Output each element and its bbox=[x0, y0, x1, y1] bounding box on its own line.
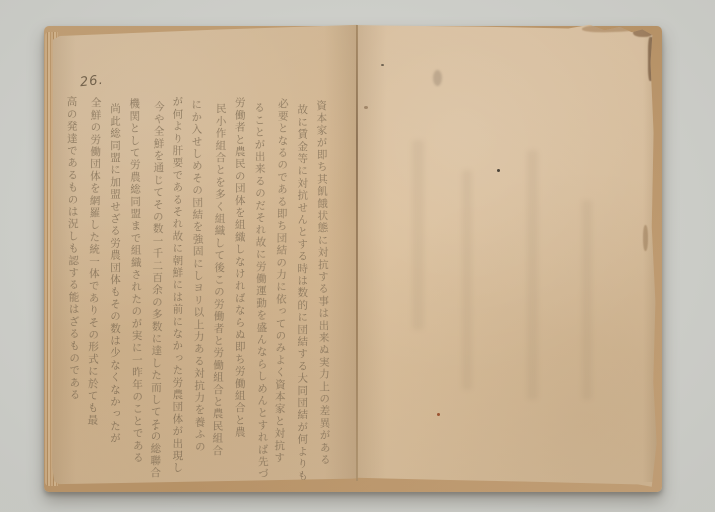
paper-speck bbox=[154, 428, 156, 430]
right-fold-shading bbox=[357, 20, 387, 490]
page-number: 26. bbox=[79, 73, 104, 90]
ink-show-through bbox=[527, 150, 538, 400]
ink-show-through bbox=[412, 140, 424, 330]
handwritten-column-7: にか入せしめその団結を強固にしヨリ以上力ある対抗力を養ふの bbox=[187, 99, 208, 453]
dark-speck bbox=[381, 64, 384, 66]
handwritten-column-4: ることが出来るのだそれ故に労働運動を盛んならしめんとすれば先づ bbox=[250, 102, 271, 480]
handwritten-column-6: 民小作組合とを多く組織して後この労働者と労働組合と農民組合 bbox=[208, 103, 229, 457]
handwritten-column-13: 高の発達であるものは況しも認する能はざるものである bbox=[63, 96, 83, 401]
edge-wear bbox=[643, 225, 648, 251]
handwritten-column-3: 必要となるのである即ち団結の力に依ってのみよく資本家と対抗す bbox=[270, 98, 291, 464]
brown-speck bbox=[364, 106, 368, 109]
handwritten-column-9: 今や全鮮を通じてその数一千二百余の多数に達した而してその総聯合 bbox=[146, 101, 167, 479]
handwritten-column-12: 全鮮の労働団体を網羅した統一体でありその形式に於ても最 bbox=[83, 97, 103, 427]
ink-show-through bbox=[462, 170, 472, 390]
pencil-smudge bbox=[433, 70, 442, 86]
left-page: 26. 資本家が即ち其飢餓状態に対抗する事は出来ぬ実力上の差異がある故に賃金等に… bbox=[50, 24, 358, 486]
photo-of-open-manuscript: 26. 資本家が即ち其飢餓状態に対抗する事は出来ぬ実力上の差異がある故に賃金等に… bbox=[0, 0, 715, 512]
handwritten-column-10: 機関として労農総同盟まで組織されたのが実に一昨年のことである bbox=[125, 98, 146, 464]
handwritten-column-2: 故に賃金等に対抗せんとする時は数的に団結する大同団結が何よりも bbox=[293, 104, 310, 482]
book-gutter-fold bbox=[356, 25, 358, 481]
handwritten-column-11: 尚此総同盟に加盟せざる労農団体もその数は少なくなかったが bbox=[106, 103, 123, 445]
handwritten-column-8: が何より肝要であるそれ故に朝鮮には前になかった労農団体が出現し bbox=[168, 96, 185, 474]
handwritten-column-5: 労働者と農民の団体を組織しなければならぬ即ち労働組合と農 bbox=[231, 97, 248, 439]
right-page bbox=[357, 20, 659, 490]
dark-speck bbox=[497, 169, 500, 172]
ink-show-through bbox=[582, 200, 592, 400]
red-speck bbox=[437, 413, 440, 416]
